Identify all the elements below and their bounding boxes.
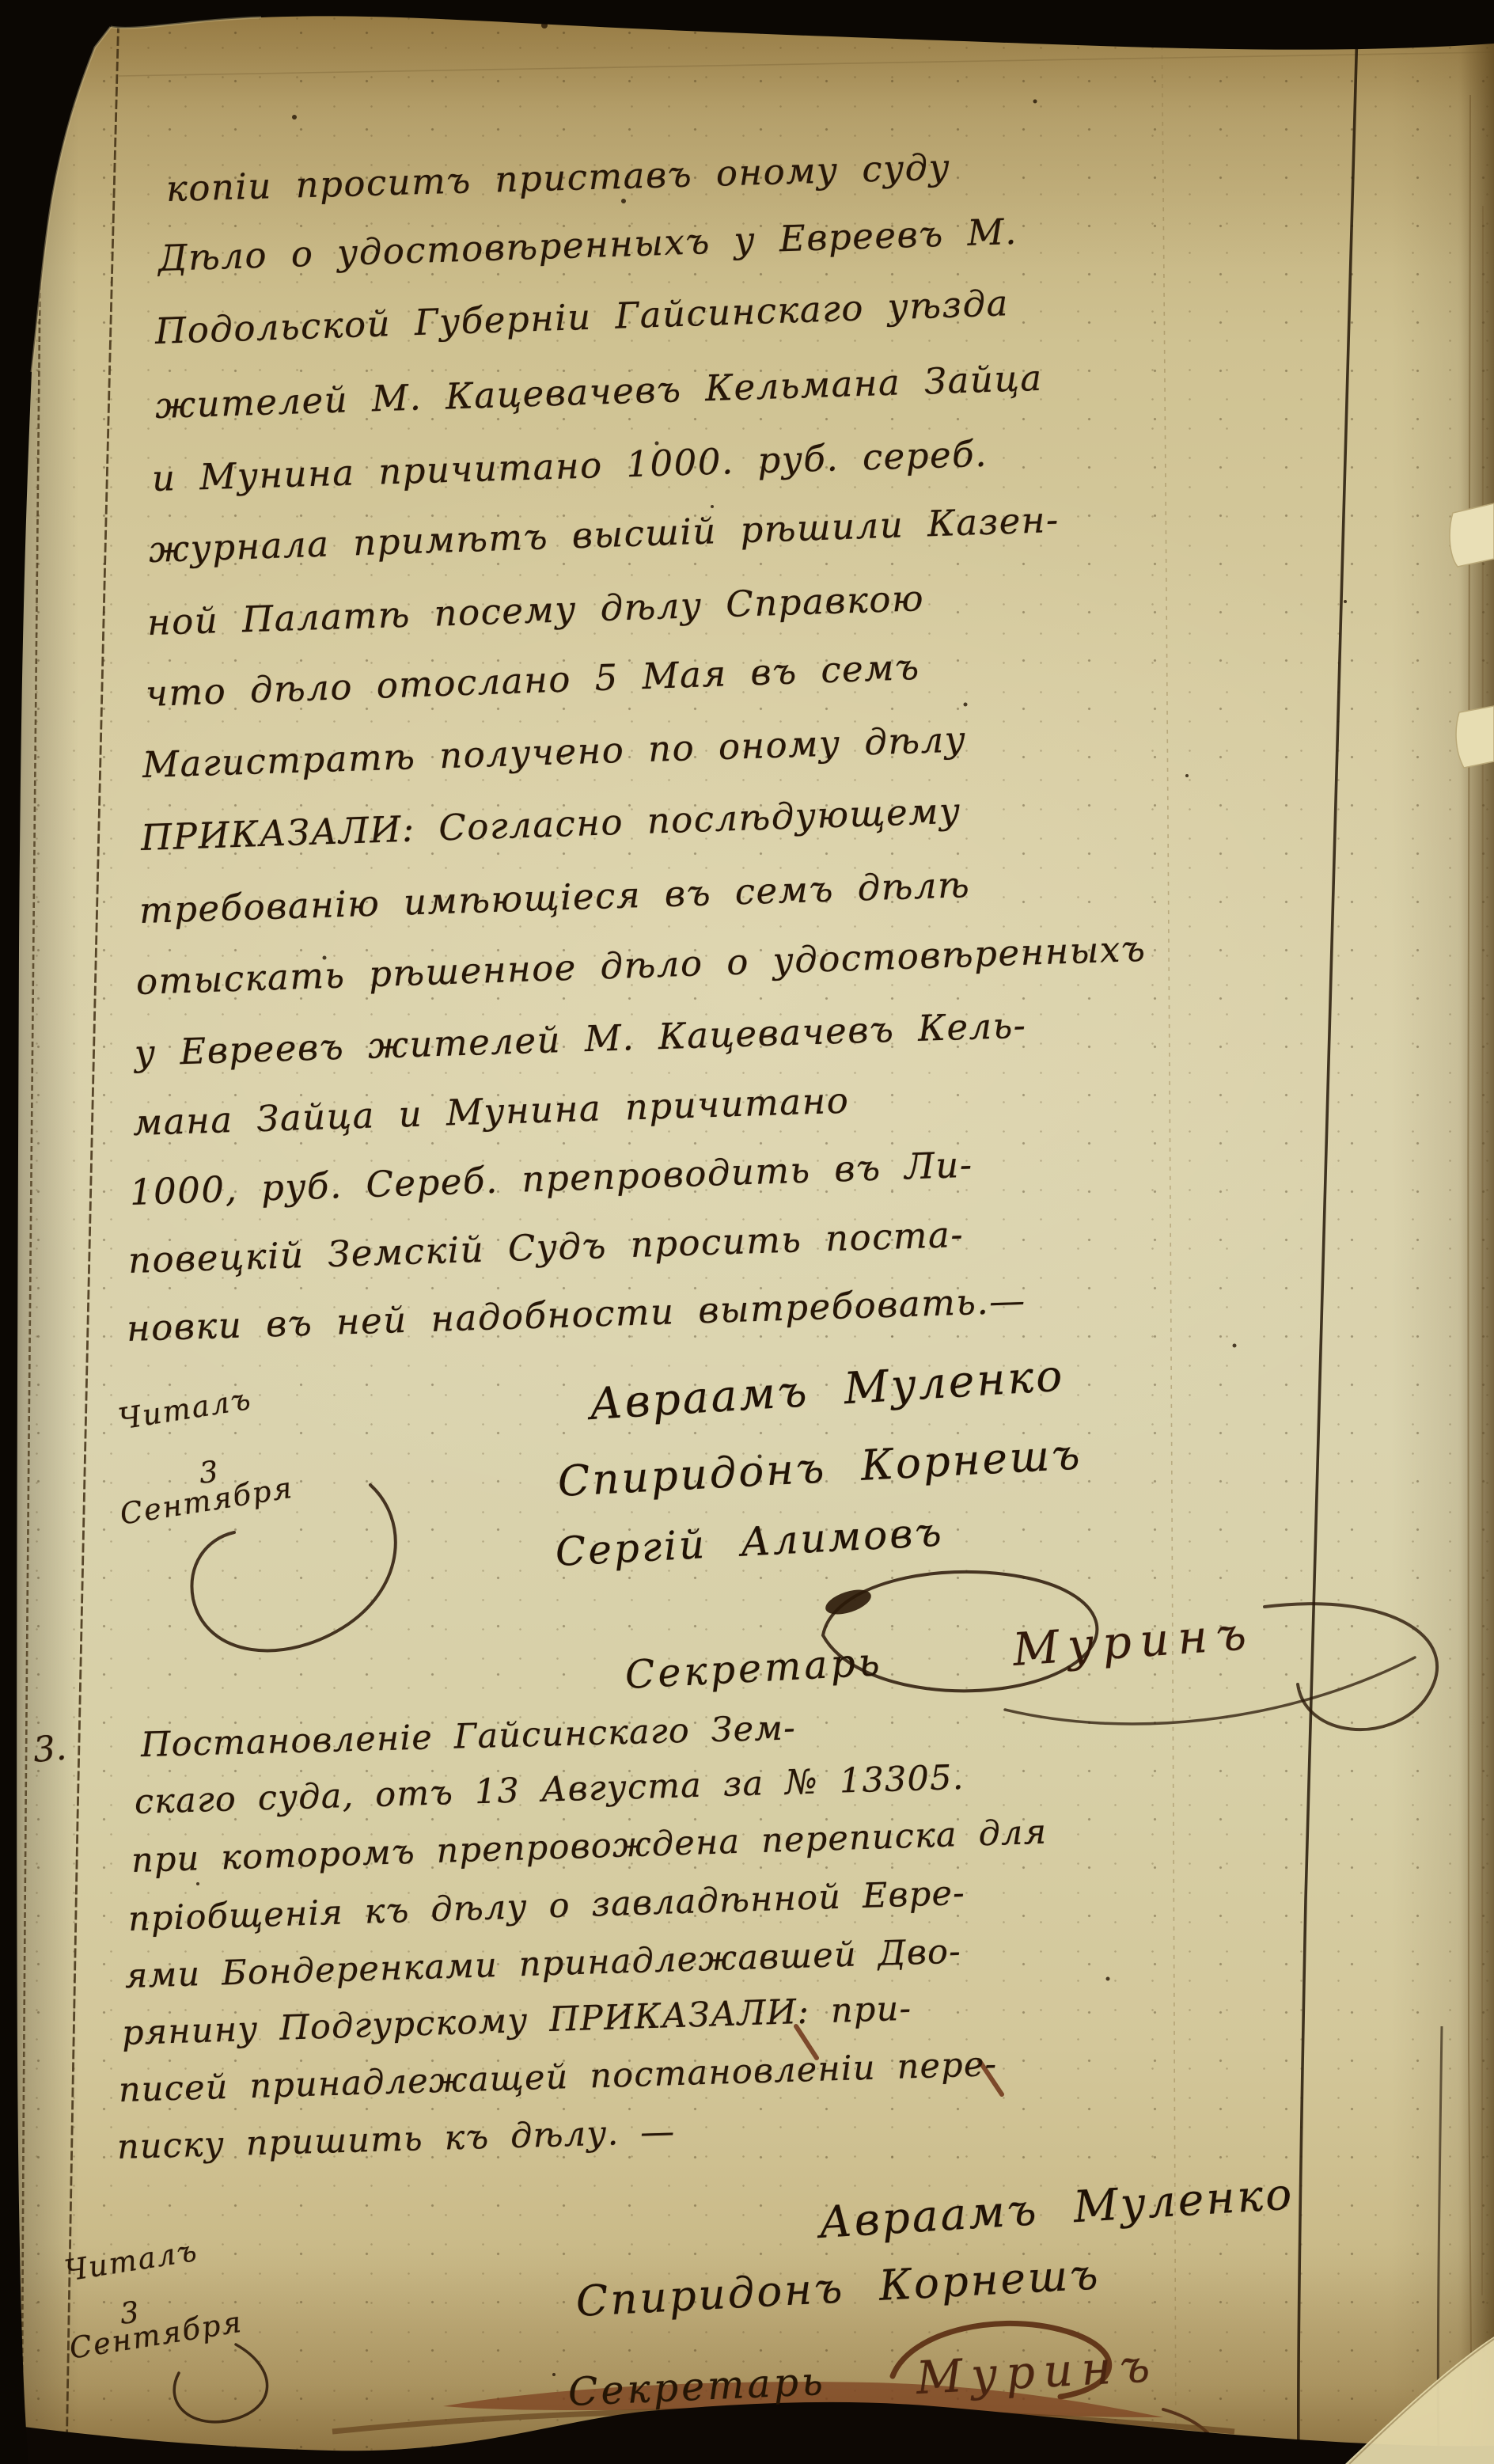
margin-rule-line-inner xyxy=(66,11,119,2464)
ink-flourish-margin2 xyxy=(174,2344,267,2422)
top-crease-line xyxy=(119,52,1492,76)
right-rule-line xyxy=(1299,0,1358,2464)
manuscript-page: копіи проситъ приставъ оному суду Дѣло о… xyxy=(0,0,1494,2464)
paper-corner-underlay xyxy=(1345,2337,1494,2464)
center-fold-line xyxy=(1162,8,1176,2464)
right-page-stack-edge xyxy=(1461,0,1494,2464)
bottom-torn-edge xyxy=(0,2402,1494,2464)
item-number: 3. xyxy=(32,1727,68,1770)
